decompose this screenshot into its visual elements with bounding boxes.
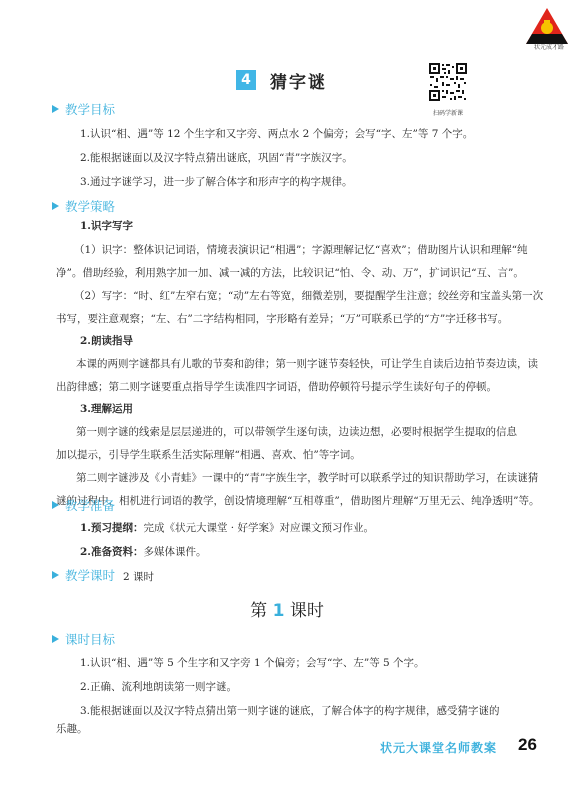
paragraph-line: 书写，要注意观察；“左、右”二字结构相同，字形略有差异；“万”可联系已学的“方”… — [56, 312, 532, 326]
section-heading-text: 教学准备 — [65, 498, 115, 513]
section-heading-text: 课时目标 — [65, 632, 115, 647]
goal-item: 1.认识“相、遇”等 12 个生字和又字旁、两点水 2 个偏旁；会写“字、左”等… — [80, 127, 532, 141]
section-heading-prep: 教学准备 — [52, 496, 115, 514]
lesson-number-badge: 4 — [236, 70, 256, 90]
subsection-title: 2.朗读指导 — [80, 334, 532, 348]
triangle-bullet-icon — [52, 571, 59, 579]
period-prefix: 第 — [250, 601, 267, 621]
period-goal-item: 3.能根据谜面以及汉字特点猜出第一则字谜的谜底，了解合体字的构字规律，感受猜字谜… — [80, 704, 532, 718]
logo-caption: 状元成才路 — [524, 42, 574, 51]
triangle-bullet-icon — [52, 635, 59, 643]
prep-item-label: 1.预习提纲： — [80, 522, 143, 534]
paragraph-line: 本课的两则字谜都具有儿歌的节奏和韵律；第一则字谜节奏轻快，可让学生自读后边拍节奏… — [76, 357, 528, 371]
section-heading-goals: 教学目标 — [52, 100, 115, 118]
period-number: 1 — [273, 601, 285, 621]
qr-code[interactable] — [428, 62, 468, 102]
paragraph-line: 第一则字谜的线索是层层递进的，可以带领学生逐句读，边读边想，必要时根据学生提取的… — [76, 425, 528, 439]
paragraph-line: 净”。借助经验，利用熟字加一加、减一减的方法，比较识记“怕、令、动、万”，扩词识… — [56, 266, 532, 280]
period-goal-item: 乐趣。 — [56, 722, 532, 736]
prep-item-text: 多媒体课件。 — [143, 546, 206, 558]
period-suffix: 课时 — [290, 601, 324, 621]
prep-item: 2.准备资料：多媒体课件。 — [80, 545, 532, 559]
prep-item-text: 完成《状元大课堂 · 好学案》对应课文预习作业。 — [143, 522, 374, 534]
page-number: 26 — [518, 735, 537, 755]
period-title: 第 1 课时 — [0, 596, 574, 621]
section-heading-hours: 教学课时2 课时 — [52, 566, 154, 584]
section-heading-text: 教学课时 — [65, 568, 115, 583]
paragraph-line: （1）识字：整体识记词语，情境表演识记“相遇”；字源理解记忆“喜欢”；借助图片认… — [74, 243, 526, 257]
section-heading-strategy: 教学策略 — [52, 197, 115, 215]
footer-brand: 状元大课堂名师教案 — [380, 739, 497, 756]
subsection-title: 1.识字写字 — [80, 219, 532, 233]
period-goal-item: 1.认识“相、遇”等 5 个生字和又字旁 1 个偏旁；会写“字、左”等 5 个字… — [80, 656, 532, 670]
paragraph-line: 出韵律感；第二则字谜要重点指导学生读准四字词语，借助停顿符号提示学生读好句子的停… — [56, 380, 532, 394]
triangle-bullet-icon — [52, 105, 59, 113]
subsection-title: 3.理解运用 — [80, 402, 532, 416]
section-heading-period-goals: 课时目标 — [52, 630, 115, 648]
qr-caption: 扫码学新课 — [420, 108, 476, 117]
paragraph-line: 加以提示，引导学生联系生活实际理解“相遇、喜欢、怕”等字词。 — [56, 448, 532, 462]
paragraph-line: 谜的过程中，相机进行词语的教学，创设情境理解“互相尊重”，借助图片理解“万里无云… — [56, 494, 532, 508]
period-goal-item: 2.正确、流利地朗读第一则字谜。 — [80, 680, 532, 694]
paragraph-line: （2）写字：“时、红”左窄右宽；“动”左右等宽，细微差别，要提醒学生注意；绞丝旁… — [74, 289, 526, 303]
prep-item-label: 2.准备资料： — [80, 546, 143, 558]
goal-item: 3.通过字谜学习，进一步了解合体字和形声字的构字规律。 — [80, 175, 532, 189]
section-heading-text: 教学策略 — [65, 199, 115, 214]
lesson-title-row: 4 猜字谜 — [0, 70, 574, 94]
triangle-bullet-icon — [52, 202, 59, 210]
prep-item: 1.预习提纲：完成《状元大课堂 · 好学案》对应课文预习作业。 — [80, 521, 532, 535]
triangle-bullet-icon — [52, 501, 59, 509]
hours-value: 2 课时 — [123, 571, 154, 583]
section-heading-text: 教学目标 — [65, 102, 115, 117]
paragraph-line: 第二则字谜涉及《小青蛙》一课中的“青”字族生字，教学时可以联系学过的知识帮助学习… — [76, 471, 528, 485]
goal-item: 2.能根据谜面以及汉字特点猜出谜底，巩固“青”字族汉字。 — [80, 151, 532, 165]
lesson-title: 猜字谜 — [270, 68, 327, 93]
